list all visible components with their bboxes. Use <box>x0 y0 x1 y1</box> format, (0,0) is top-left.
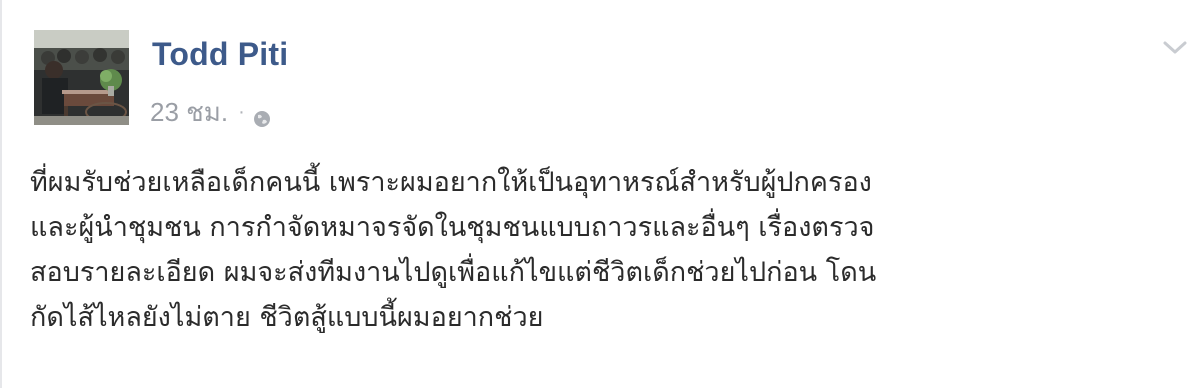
post-text-line: ที่ผมรับช่วยเหลือเด็กคนนี้ เพราะผมอยากให… <box>30 160 1190 205</box>
post-text-line: สอบรายละเอียด ผมจะส่งทีมงานไปดูเพื่อแก้ไ… <box>30 250 1190 295</box>
post-meta: 23 ชม. · <box>150 92 271 133</box>
post-text-line: และผู้นำชุมชน การกำจัดหมาจรจัดในชุมชนแบบ… <box>30 205 1190 250</box>
post-text-line: กัดไส้ไหลยังไม่ตาย ชีวิตสู้แบบนี้ผมอยากช… <box>30 295 1190 340</box>
avatar[interactable] <box>34 30 129 125</box>
post-text: ที่ผมรับช่วยเหลือเด็กคนนี้ เพราะผมอยากให… <box>30 160 1190 340</box>
timestamp[interactable]: 23 ชม. <box>150 92 228 133</box>
globe-icon[interactable] <box>253 104 271 122</box>
profile-photo-icon <box>34 30 129 125</box>
meta-separator: · <box>238 101 245 124</box>
author-name[interactable]: Todd Piti <box>152 36 288 73</box>
post-options-chevron-down-icon[interactable] <box>1162 40 1188 56</box>
facebook-post: Todd Piti 23 ชม. · ที่ผมรับช่วยเหลือเด็ก… <box>0 0 1200 388</box>
